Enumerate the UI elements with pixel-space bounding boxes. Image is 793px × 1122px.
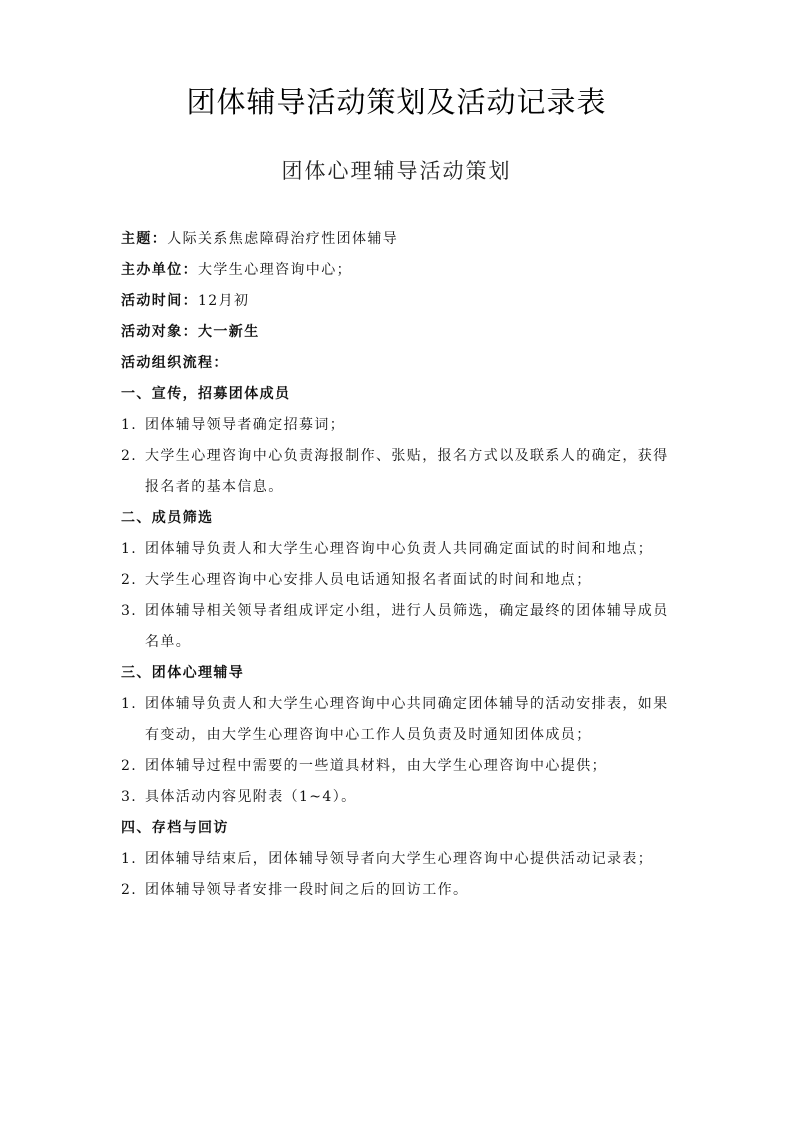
- info-label: 活动对象：: [121, 324, 198, 340]
- info-value: 大学生心理咨询中心；: [198, 262, 352, 278]
- item-number: 3.: [121, 782, 145, 813]
- list-item: 2. 团体辅导过程中需要的一些道具材料，由大学生心理咨询中心提供；: [121, 751, 681, 782]
- item-number: 2.: [121, 751, 145, 782]
- info-label: 主题：: [121, 231, 167, 247]
- item-text: 团体辅导结束后，团体辅导领导者向大学生心理咨询中心提供活动记录表；: [145, 844, 681, 875]
- item-text: 团体辅导负责人和大学生心理咨询中心负责人共同确定面试的时间和地点；: [145, 534, 681, 565]
- item-number: 1.: [121, 689, 145, 751]
- document-title: 团体辅导活动策划及活动记录表: [0, 80, 793, 121]
- item-text: 团体辅导领导者安排一段时间之后的回访工作。: [145, 875, 681, 906]
- item-text: 团体辅导领导者确定招募词；: [145, 410, 681, 441]
- list-item: 2. 团体辅导领导者安排一段时间之后的回访工作。: [121, 875, 681, 906]
- info-organizer: 主办单位：大学生心理咨询中心；: [121, 255, 681, 286]
- info-label: 活动时间：: [121, 293, 198, 309]
- item-number: 1.: [121, 410, 145, 441]
- list-item: 1. 团体辅导结束后，团体辅导领导者向大学生心理咨询中心提供活动记录表；: [121, 844, 681, 875]
- section-heading: 一、宣传，招募团体成员: [121, 379, 681, 410]
- item-text: 团体辅导过程中需要的一些道具材料，由大学生心理咨询中心提供；: [145, 751, 681, 782]
- document-subtitle: 团体心理辅导活动策划: [0, 155, 793, 185]
- item-number: 2.: [121, 875, 145, 906]
- list-item: 3. 具体活动内容见附表（1~4）。: [121, 782, 681, 813]
- item-text: 团体辅导负责人和大学生心理咨询中心共同确定团体辅导的活动安排表，如果有变动，由大…: [145, 689, 681, 751]
- info-value: 人际关系焦虑障碍治疗性团体辅导: [167, 231, 398, 247]
- document-body: 主题：人际关系焦虑障碍治疗性团体辅导 主办单位：大学生心理咨询中心； 活动时间：…: [121, 224, 681, 906]
- item-number: 3.: [121, 596, 145, 658]
- info-audience: 活动对象：大一新生: [121, 317, 681, 348]
- section-heading: 三、团体心理辅导: [121, 658, 681, 689]
- list-item: 1. 团体辅导负责人和大学生心理咨询中心负责人共同确定面试的时间和地点；: [121, 534, 681, 565]
- item-number: 2.: [121, 441, 145, 503]
- list-item: 2. 大学生心理咨询中心负责海报制作、张贴，报名方式以及联系人的确定，获得报名者…: [121, 441, 681, 503]
- item-number: 1.: [121, 844, 145, 875]
- list-item: 1. 团体辅导负责人和大学生心理咨询中心共同确定团体辅导的活动安排表，如果有变动…: [121, 689, 681, 751]
- info-topic: 主题：人际关系焦虑障碍治疗性团体辅导: [121, 224, 681, 255]
- info-label: 主办单位：: [121, 262, 198, 278]
- item-text: 大学生心理咨询中心负责海报制作、张贴，报名方式以及联系人的确定，获得报名者的基本…: [145, 441, 681, 503]
- item-number: 1.: [121, 534, 145, 565]
- list-item: 1. 团体辅导领导者确定招募词；: [121, 410, 681, 441]
- item-text: 具体活动内容见附表（1~4）。: [145, 782, 681, 813]
- info-value: 大一新生: [198, 324, 260, 340]
- item-text: 团体辅导相关领导者组成评定小组，进行人员筛选，确定最终的团体辅导成员名单。: [145, 596, 681, 658]
- info-value: 12月初: [198, 293, 249, 309]
- section-heading: 二、成员筛选: [121, 503, 681, 534]
- document-page: 团体辅导活动策划及活动记录表 团体心理辅导活动策划 主题：人际关系焦虑障碍治疗性…: [0, 0, 793, 1122]
- list-item: 3. 团体辅导相关领导者组成评定小组，进行人员筛选，确定最终的团体辅导成员名单。: [121, 596, 681, 658]
- item-text: 大学生心理咨询中心安排人员电话通知报名者面试的时间和地点；: [145, 565, 681, 596]
- section-heading: 四、存档与回访: [121, 813, 681, 844]
- process-heading: 活动组织流程：: [121, 348, 681, 379]
- info-time: 活动时间：12月初: [121, 286, 681, 317]
- list-item: 2. 大学生心理咨询中心安排人员电话通知报名者面试的时间和地点；: [121, 565, 681, 596]
- item-number: 2.: [121, 565, 145, 596]
